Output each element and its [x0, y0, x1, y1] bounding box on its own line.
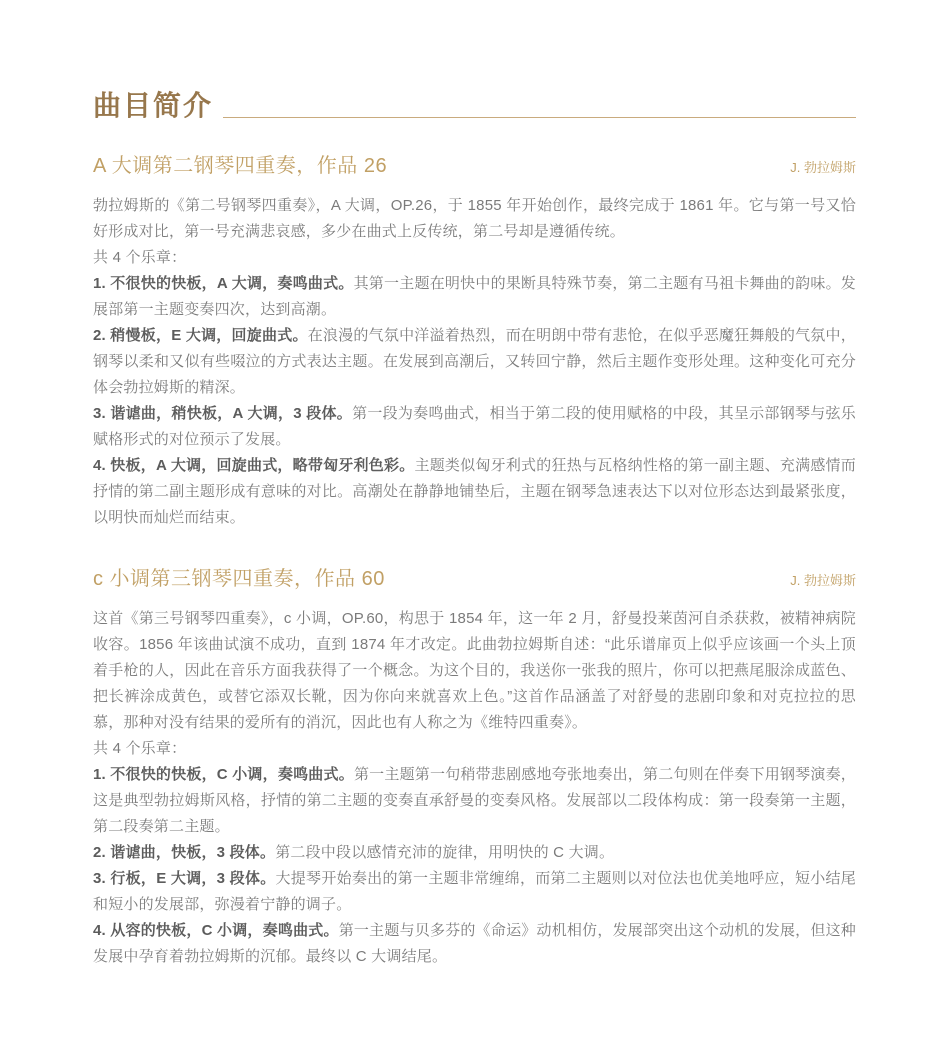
- piece-section-op26: A 大调第二钢琴四重奏，作品 26 J. 勃拉姆斯 勃拉姆斯的《第二号钢琴四重奏…: [93, 149, 856, 531]
- movement-lead: 4. 从容的快板，C 小调，奏鸣曲式。: [93, 922, 339, 939]
- page-title: 曲目简介: [93, 92, 213, 123]
- piece-title-op26: A 大调第二钢琴四重奏，作品 26: [93, 149, 387, 178]
- piece-description: 这首《第三号钢琴四重奏》，c 小调，OP.60，构思于 1854 年，这一年 2…: [93, 606, 856, 970]
- piece-title-op60: c 小调第三钢琴四重奏，作品 60: [93, 562, 385, 591]
- movement-paragraph: 2. 谐谑曲，快板，3 段体。第二段中段以感情充沛的旋律，用明快的 C 大调。: [93, 840, 856, 866]
- movement-lead: 1. 不很快的快板，C 小调，奏鸣曲式。: [93, 766, 354, 783]
- piece-heading-row: c 小调第三钢琴四重奏，作品 60 J. 勃拉姆斯: [93, 562, 856, 591]
- page-header: 曲目简介: [93, 92, 856, 123]
- composer-credit: J. 勃拉姆斯: [790, 157, 856, 176]
- movement-paragraph: 3. 行板，E 大调，3 段体。大提琴开始奏出的第一主题非常缠绵，而第二主题则以…: [93, 866, 856, 918]
- piece-description: 勃拉姆斯的《第二号钢琴四重奏》，A 大调，OP.26，于 1855 年开始创作，…: [93, 193, 856, 531]
- intro-paragraph: 这首《第三号钢琴四重奏》，c 小调，OP.60，构思于 1854 年，这一年 2…: [93, 606, 856, 736]
- movement-text: 第二段中段以感情充沛的旋律，用明快的 C 大调。: [275, 844, 614, 861]
- movement-paragraph: 1. 不很快的快板，C 小调，奏鸣曲式。第一主题第一句稍带悲剧感地夸张地奏出，第…: [93, 762, 856, 840]
- movement-lead: 3. 谐谑曲，稍快板，A 大调，3 段体。: [93, 405, 352, 422]
- movement-lead: 4. 快板，A 大调，回旋曲式，略带匈牙利色彩。: [93, 457, 414, 474]
- movement-paragraph: 4. 快板，A 大调，回旋曲式，略带匈牙利色彩。主题类似匈牙利式的狂热与瓦格纳性…: [93, 453, 856, 531]
- composer-credit: J. 勃拉姆斯: [790, 570, 856, 589]
- movement-lead: 2. 谐谑曲，快板，3 段体。: [93, 844, 275, 861]
- movement-paragraph: 3. 谐谑曲，稍快板，A 大调，3 段体。第一段为奏鸣曲式，相当于第二段的使用赋…: [93, 401, 856, 453]
- movement-lead: 2. 稍慢板，E 大调，回旋曲式。: [93, 327, 308, 344]
- movements-label: 共 4 个乐章：: [93, 736, 856, 762]
- movement-paragraph: 4. 从容的快板，C 小调，奏鸣曲式。第一主题与贝多芬的《命运》动机相仿，发展部…: [93, 918, 856, 970]
- movement-paragraph: 2. 稍慢板，E 大调，回旋曲式。在浪漫的气氛中洋溢着热烈，而在明朗中带有悲怆，…: [93, 323, 856, 401]
- title-rule-line: [223, 117, 856, 118]
- intro-paragraph: 勃拉姆斯的《第二号钢琴四重奏》，A 大调，OP.26，于 1855 年开始创作，…: [93, 193, 856, 245]
- movement-lead: 1. 不很快的快板，A 大调，奏鸣曲式。: [93, 275, 354, 292]
- piece-section-op60: c 小调第三钢琴四重奏，作品 60 J. 勃拉姆斯 这首《第三号钢琴四重奏》，c…: [93, 562, 856, 970]
- program-notes-page: 曲目简介 A 大调第二钢琴四重奏，作品 26 J. 勃拉姆斯 勃拉姆斯的《第二号…: [0, 0, 950, 970]
- piece-heading-row: A 大调第二钢琴四重奏，作品 26 J. 勃拉姆斯: [93, 149, 856, 178]
- movements-label: 共 4 个乐章：: [93, 245, 856, 271]
- movement-paragraph: 1. 不很快的快板，A 大调，奏鸣曲式。其第一主题在明快中的果断具特殊节奏，第二…: [93, 271, 856, 323]
- movement-lead: 3. 行板，E 大调，3 段体。: [93, 870, 276, 887]
